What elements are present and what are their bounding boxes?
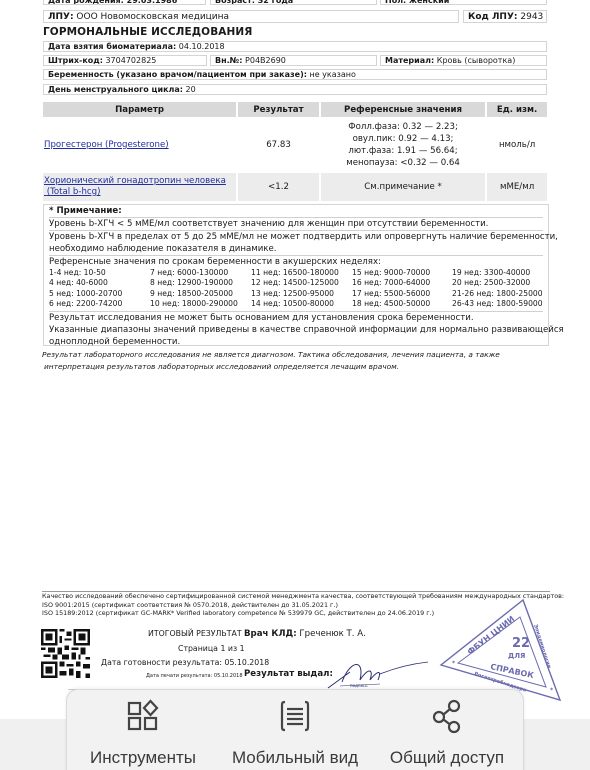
note-title: * Примечание: bbox=[49, 205, 543, 217]
tools-label: Инструменты bbox=[90, 748, 196, 768]
col-unit: Ед. изм. bbox=[487, 102, 547, 117]
weeks-title: Референсные значения по срокам беременно… bbox=[49, 255, 543, 268]
bottom-toolbar: Инструменты Мобильный вид bbox=[66, 689, 524, 770]
mobile-view-icon bbox=[277, 698, 313, 734]
note-box: * Примечание: Уровень b-ХГЧ < 5 мМЕ/мл с… bbox=[43, 204, 549, 346]
internal-number-field: Вн.№: P04B2690 bbox=[210, 55, 377, 66]
result-cell: <1.2 bbox=[238, 173, 319, 201]
week-range: 10 нед: 18000-290000 bbox=[150, 299, 251, 309]
svg-text:ДЛЯ: ДЛЯ bbox=[508, 652, 525, 660]
week-range: 18 нед: 4500-50000 bbox=[352, 299, 452, 309]
disclaimer-line: интерпретация результатов лабораторных и… bbox=[42, 361, 500, 373]
reference-line: овул.пик: 0.92 — 4.13; bbox=[321, 133, 485, 145]
disclaimer-line: Результат лабораторного исследования не … bbox=[42, 349, 500, 361]
week-range: 7 нед: 6000-130000 bbox=[150, 268, 251, 278]
week-range: 8 нед: 12900-190000 bbox=[150, 278, 251, 288]
col-parameter: Параметр bbox=[43, 102, 236, 117]
week-range: 16 нед: 7000-64000 bbox=[352, 278, 452, 288]
table-row: Хорионический гонадотропин человека (Tot… bbox=[43, 173, 547, 201]
results-header-row: Параметр Результат Референсные значения … bbox=[43, 102, 547, 117]
param-cell: Хорионический гонадотропин человека (Tot… bbox=[43, 173, 236, 201]
mobile-view-label: Мобильный вид bbox=[232, 748, 358, 768]
share-button[interactable]: Общий доступ bbox=[372, 698, 522, 768]
share-icon bbox=[429, 698, 465, 734]
param-cell: Прогестерон (Progesterone) bbox=[43, 119, 236, 171]
pregnancy-field: Беременность (указано врачом/пациентом п… bbox=[43, 69, 547, 80]
note-line: одноплодной беременности. bbox=[49, 336, 543, 348]
table-row: Прогестерон (Progesterone) 67.83 Фолл.фа… bbox=[43, 119, 547, 171]
page-indicator: Страница 1 из 1 bbox=[178, 644, 245, 653]
svg-text:*: * bbox=[550, 687, 554, 694]
reference-line: менопауза: <0.32 — 0.64 bbox=[321, 157, 485, 169]
col-reference: Референсные значения bbox=[321, 102, 485, 117]
age-field: Возраст: 32 года bbox=[210, 0, 377, 5]
sample-date-field: Дата взятия биоматериала: 04.10.2018 bbox=[43, 41, 547, 52]
hcg-link[interactable]: Хорионический гонадотропин человека (Tot… bbox=[44, 176, 226, 197]
doctor-field: Врач КЛД: Греченюк Т. А. bbox=[244, 629, 366, 639]
unit-cell: нмоль/л bbox=[487, 119, 547, 171]
progesterone-link[interactable]: Прогестерон (Progesterone) bbox=[44, 140, 169, 150]
lpu-field: ЛПУ: ООО Новомосковская медицина bbox=[43, 10, 459, 23]
week-range: 11 нед: 16500-180000 bbox=[251, 268, 352, 278]
note-line: Указанные диапазоны значений приведены в… bbox=[49, 324, 543, 336]
col-result: Результат bbox=[238, 102, 319, 117]
week-range: 21-26 нед: 1800-25000 bbox=[452, 289, 552, 299]
week-range: 5 нед: 1000-20700 bbox=[49, 289, 150, 299]
share-label: Общий доступ bbox=[390, 748, 504, 768]
note-line: Уровень b-ХГЧ в пределах от 5 до 25 мМЕ/… bbox=[49, 230, 543, 243]
reference-cell: Фолл.фаза: 0.32 — 2.23; овул.пик: 0.92 —… bbox=[321, 119, 485, 171]
svg-text:22: 22 bbox=[512, 636, 530, 651]
week-range: 9 нед: 18500-205000 bbox=[150, 289, 251, 299]
cycle-day-field: День менструального цикла: 20 bbox=[43, 84, 547, 95]
svg-text:Эпидемиологии: Эпидемиологии bbox=[532, 624, 552, 670]
week-range: 13 нед: 12500-95000 bbox=[251, 289, 352, 299]
barcode-field: Штрих-код: 3704702825 bbox=[43, 55, 207, 66]
results-table: Параметр Результат Референсные значения … bbox=[41, 100, 549, 203]
mobile-view-button[interactable]: Мобильный вид bbox=[220, 698, 370, 768]
svg-text:ФБУН ЦНИИ: ФБУН ЦНИИ bbox=[466, 614, 517, 656]
lpu-code-field: Код ЛПУ: 2943 bbox=[463, 10, 547, 23]
ready-date: Дата готовности результата: 05.10.2018 bbox=[101, 658, 269, 667]
lab-report-page: Дата рождения: 29.03.1986 Возраст: 32 го… bbox=[0, 0, 590, 770]
sex-field: Пол: женский bbox=[380, 0, 547, 5]
note-line: Результат исследования не может быть осн… bbox=[49, 311, 543, 324]
material-field: Материал: Кровь (сыворотка) bbox=[380, 55, 547, 66]
week-range: 20 нед: 2500-32000 bbox=[452, 278, 552, 288]
result-cell: 67.83 bbox=[238, 119, 319, 171]
birth-date-field: Дата рождения: 29.03.1986 bbox=[43, 0, 206, 5]
tools-button[interactable]: Инструменты bbox=[68, 698, 218, 768]
week-range: 4 нед: 40-6000 bbox=[49, 278, 150, 288]
reference-line: Фолл.фаза: 0.32 — 2.23; bbox=[321, 121, 485, 133]
svg-text:*: * bbox=[452, 660, 456, 667]
weeks-grid: 1-4 нед: 10-507 нед: 6000-13000011 нед: … bbox=[49, 268, 543, 310]
reference-line: лют.фаза: 1.91 — 56.64; bbox=[321, 145, 485, 157]
note-line: необходимо наблюдение показателя в динам… bbox=[49, 243, 543, 255]
note-line: Уровень b-ХГЧ < 5 мМЕ/мл соответствует з… bbox=[49, 217, 543, 230]
signature-caption: подпись bbox=[350, 683, 368, 688]
disclaimer: Результат лабораторного исследования не … bbox=[42, 349, 500, 373]
qr-code-icon bbox=[41, 627, 90, 680]
final-result-label: ИТОГОВЫЙ РЕЗУЛЬТАТ bbox=[148, 629, 242, 638]
print-date: Дата печати результата: 05.10.2018 bbox=[146, 673, 243, 679]
week-range: 1-4 нед: 10-50 bbox=[49, 268, 150, 278]
week-range: 6 нед: 2200-74200 bbox=[49, 299, 150, 309]
week-range: 12 нед: 14500-125000 bbox=[251, 278, 352, 288]
week-range: 17 нед: 5500-56000 bbox=[352, 289, 452, 299]
signature-icon: подпись bbox=[320, 650, 430, 690]
tools-icon bbox=[125, 698, 161, 734]
reference-cell: См.примечание * bbox=[321, 173, 485, 201]
unit-cell: мМЕ/мл bbox=[487, 173, 547, 201]
section-title: ГОРМОНАЛЬНЫЕ ИССЛЕДОВАНИЯ bbox=[43, 26, 252, 38]
week-range: 26-43 нед: 1800-59000 bbox=[452, 299, 552, 309]
week-range: 15 нед: 9000-70000 bbox=[352, 268, 452, 278]
week-range: 19 нед: 3300-40000 bbox=[452, 268, 552, 278]
week-range: 14 нед: 10500-80000 bbox=[251, 299, 352, 309]
